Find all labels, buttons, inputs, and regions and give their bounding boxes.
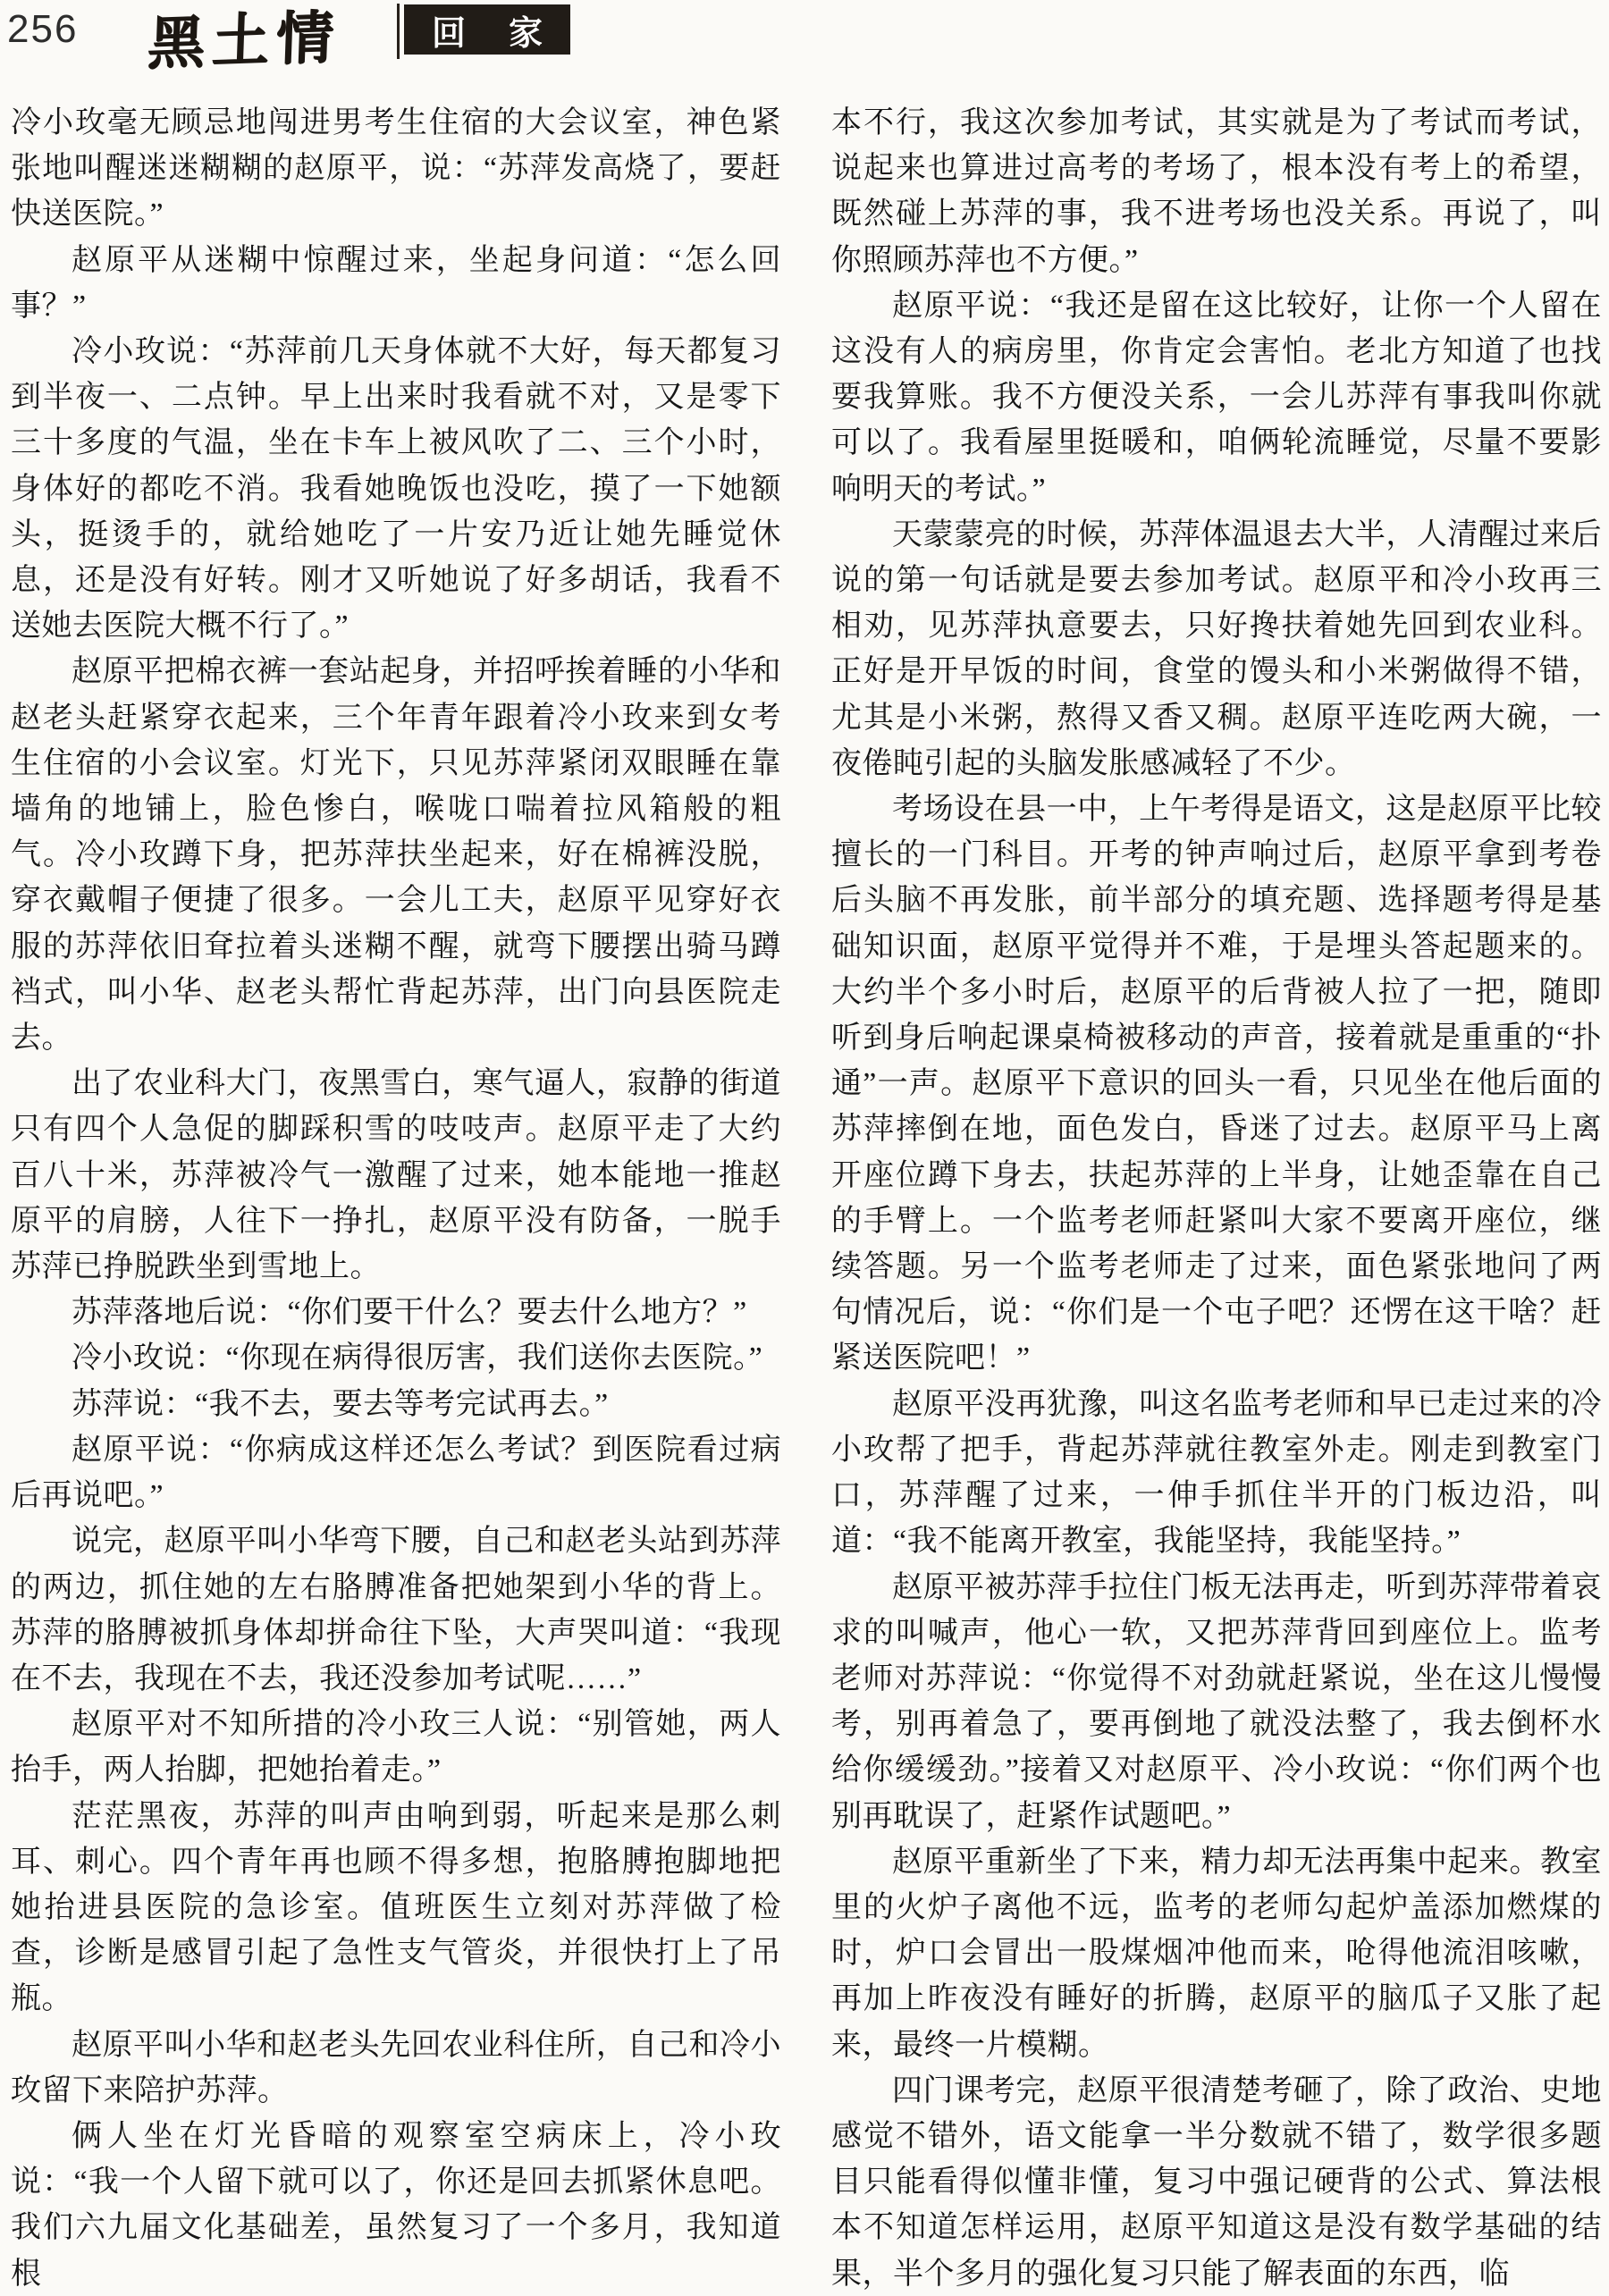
paragraph: 冷小玫说：“苏萍前几天身体就不大好，每天都复习到半夜一、二点钟。早上出来时我看就… xyxy=(11,329,781,649)
paragraph: 说完，赵原平叫小华弯下腰，自己和赵老头站到苏萍的两边，抓住她的左右胳膊准备把她架… xyxy=(11,1518,781,1702)
paragraph: 冷小玫说：“你现在病得很厉害，我们送你去医院。” xyxy=(11,1335,781,1381)
section-title-char: 回 xyxy=(432,5,466,55)
paragraph: 苏萍落地后说：“你们要干什么？要去什么地方？” xyxy=(11,1290,781,1335)
paragraph: 赵原平重新坐了下来，精力却无法再集中起来。教室里的火炉子离他不远，监考的老师勾起… xyxy=(831,1839,1602,2068)
paragraph: 四门课考完，赵原平很清楚考砸了，除了政治、史地感觉不错外，语文能拿一半分数就不错… xyxy=(831,2068,1602,2296)
magazine-page: 256 黑土情 回 家 冷小玫毫无顾忌地闯进男考生住宿的大会议室，神色紧张地叫醒… xyxy=(0,0,1609,2296)
paragraph: 赵原平被苏萍手拉住门板无法再走，听到苏萍带着哀求的叫喊声，他心一软，又把苏萍背回… xyxy=(831,1565,1602,1839)
paragraph: 考场设在县一中，上午考得是语文，这是赵原平比较擅长的一门科目。开考的钟声响过后，… xyxy=(831,786,1602,1382)
page-header: 256 黑土情 回 家 xyxy=(0,0,1609,64)
paragraph: 天蒙蒙亮的时候，苏萍体温退去大半，人清醒过来后说的第一句话就是要去参加考试。赵原… xyxy=(831,512,1602,786)
header-divider xyxy=(397,4,400,59)
paragraph: 俩人坐在灯光昏暗的观察室空病床上，冷小玫说：“我一个人留下就可以了，你还是回去抓… xyxy=(11,2114,781,2296)
paragraph: 苏萍说：“我不去，要去等考完试再去。” xyxy=(11,1382,781,1427)
paragraph: 赵原平说：“我还是留在这比较好，让你一个人留在这没有人的病房里，你肯定会害怕。老… xyxy=(831,283,1602,512)
section-title-char: 家 xyxy=(509,5,543,55)
paragraph: 出了农业科大门，夜黑雪白，寒气逼人，寂静的街道只有四个人急促的脚踩积雪的吱吱声。… xyxy=(11,1061,781,1290)
paragraph: 茫茫黑夜，苏萍的叫声由响到弱，听起来是那么刺耳、刺心。四个青年再也顾不得多想，抱… xyxy=(11,1794,781,2023)
paragraph: 赵原平从迷糊中惊醒过来，坐起身问道：“怎么回事？” xyxy=(11,238,781,329)
text-column-left: 冷小玫毫无顾忌地闯进男考生住宿的大会议室，神色紧张地叫醒迷迷糊糊的赵原平，说：“… xyxy=(11,100,781,2296)
magazine-logo: 黑土情 xyxy=(131,0,357,80)
paragraph: 赵原平把棉衣裤一套站起身，并招呼挨着睡的小华和赵老头赶紧穿衣起来，三个年青年跟着… xyxy=(11,649,781,1061)
paragraph: 赵原平没再犹豫，叫这名监考老师和早已走过来的冷小玫帮了把手，背起苏萍就往教室外走… xyxy=(831,1382,1602,1565)
section-title-box: 回 家 xyxy=(404,4,570,55)
paragraph: 赵原平说：“你病成这样还怎么考试？到医院看过病后再说吧。” xyxy=(11,1427,781,1518)
text-column-right: 本不行，我这次参加考试，其实就是为了考试而考试，说起来也算进过高考的考场了，根本… xyxy=(831,100,1602,2296)
paragraph: 本不行，我这次参加考试，其实就是为了考试而考试，说起来也算进过高考的考场了，根本… xyxy=(831,100,1602,283)
paragraph: 赵原平对不知所措的冷小玫三人说：“别管她，两人抬手，两人抬脚，把她抬着走。” xyxy=(11,1702,781,1793)
page-number: 256 xyxy=(7,7,78,52)
paragraph: 冷小玫毫无顾忌地闯进男考生住宿的大会议室，神色紧张地叫醒迷迷糊糊的赵原平，说：“… xyxy=(11,100,781,238)
paragraph: 赵原平叫小华和赵老头先回农业科住所，自己和冷小玫留下来陪护苏萍。 xyxy=(11,2023,781,2114)
